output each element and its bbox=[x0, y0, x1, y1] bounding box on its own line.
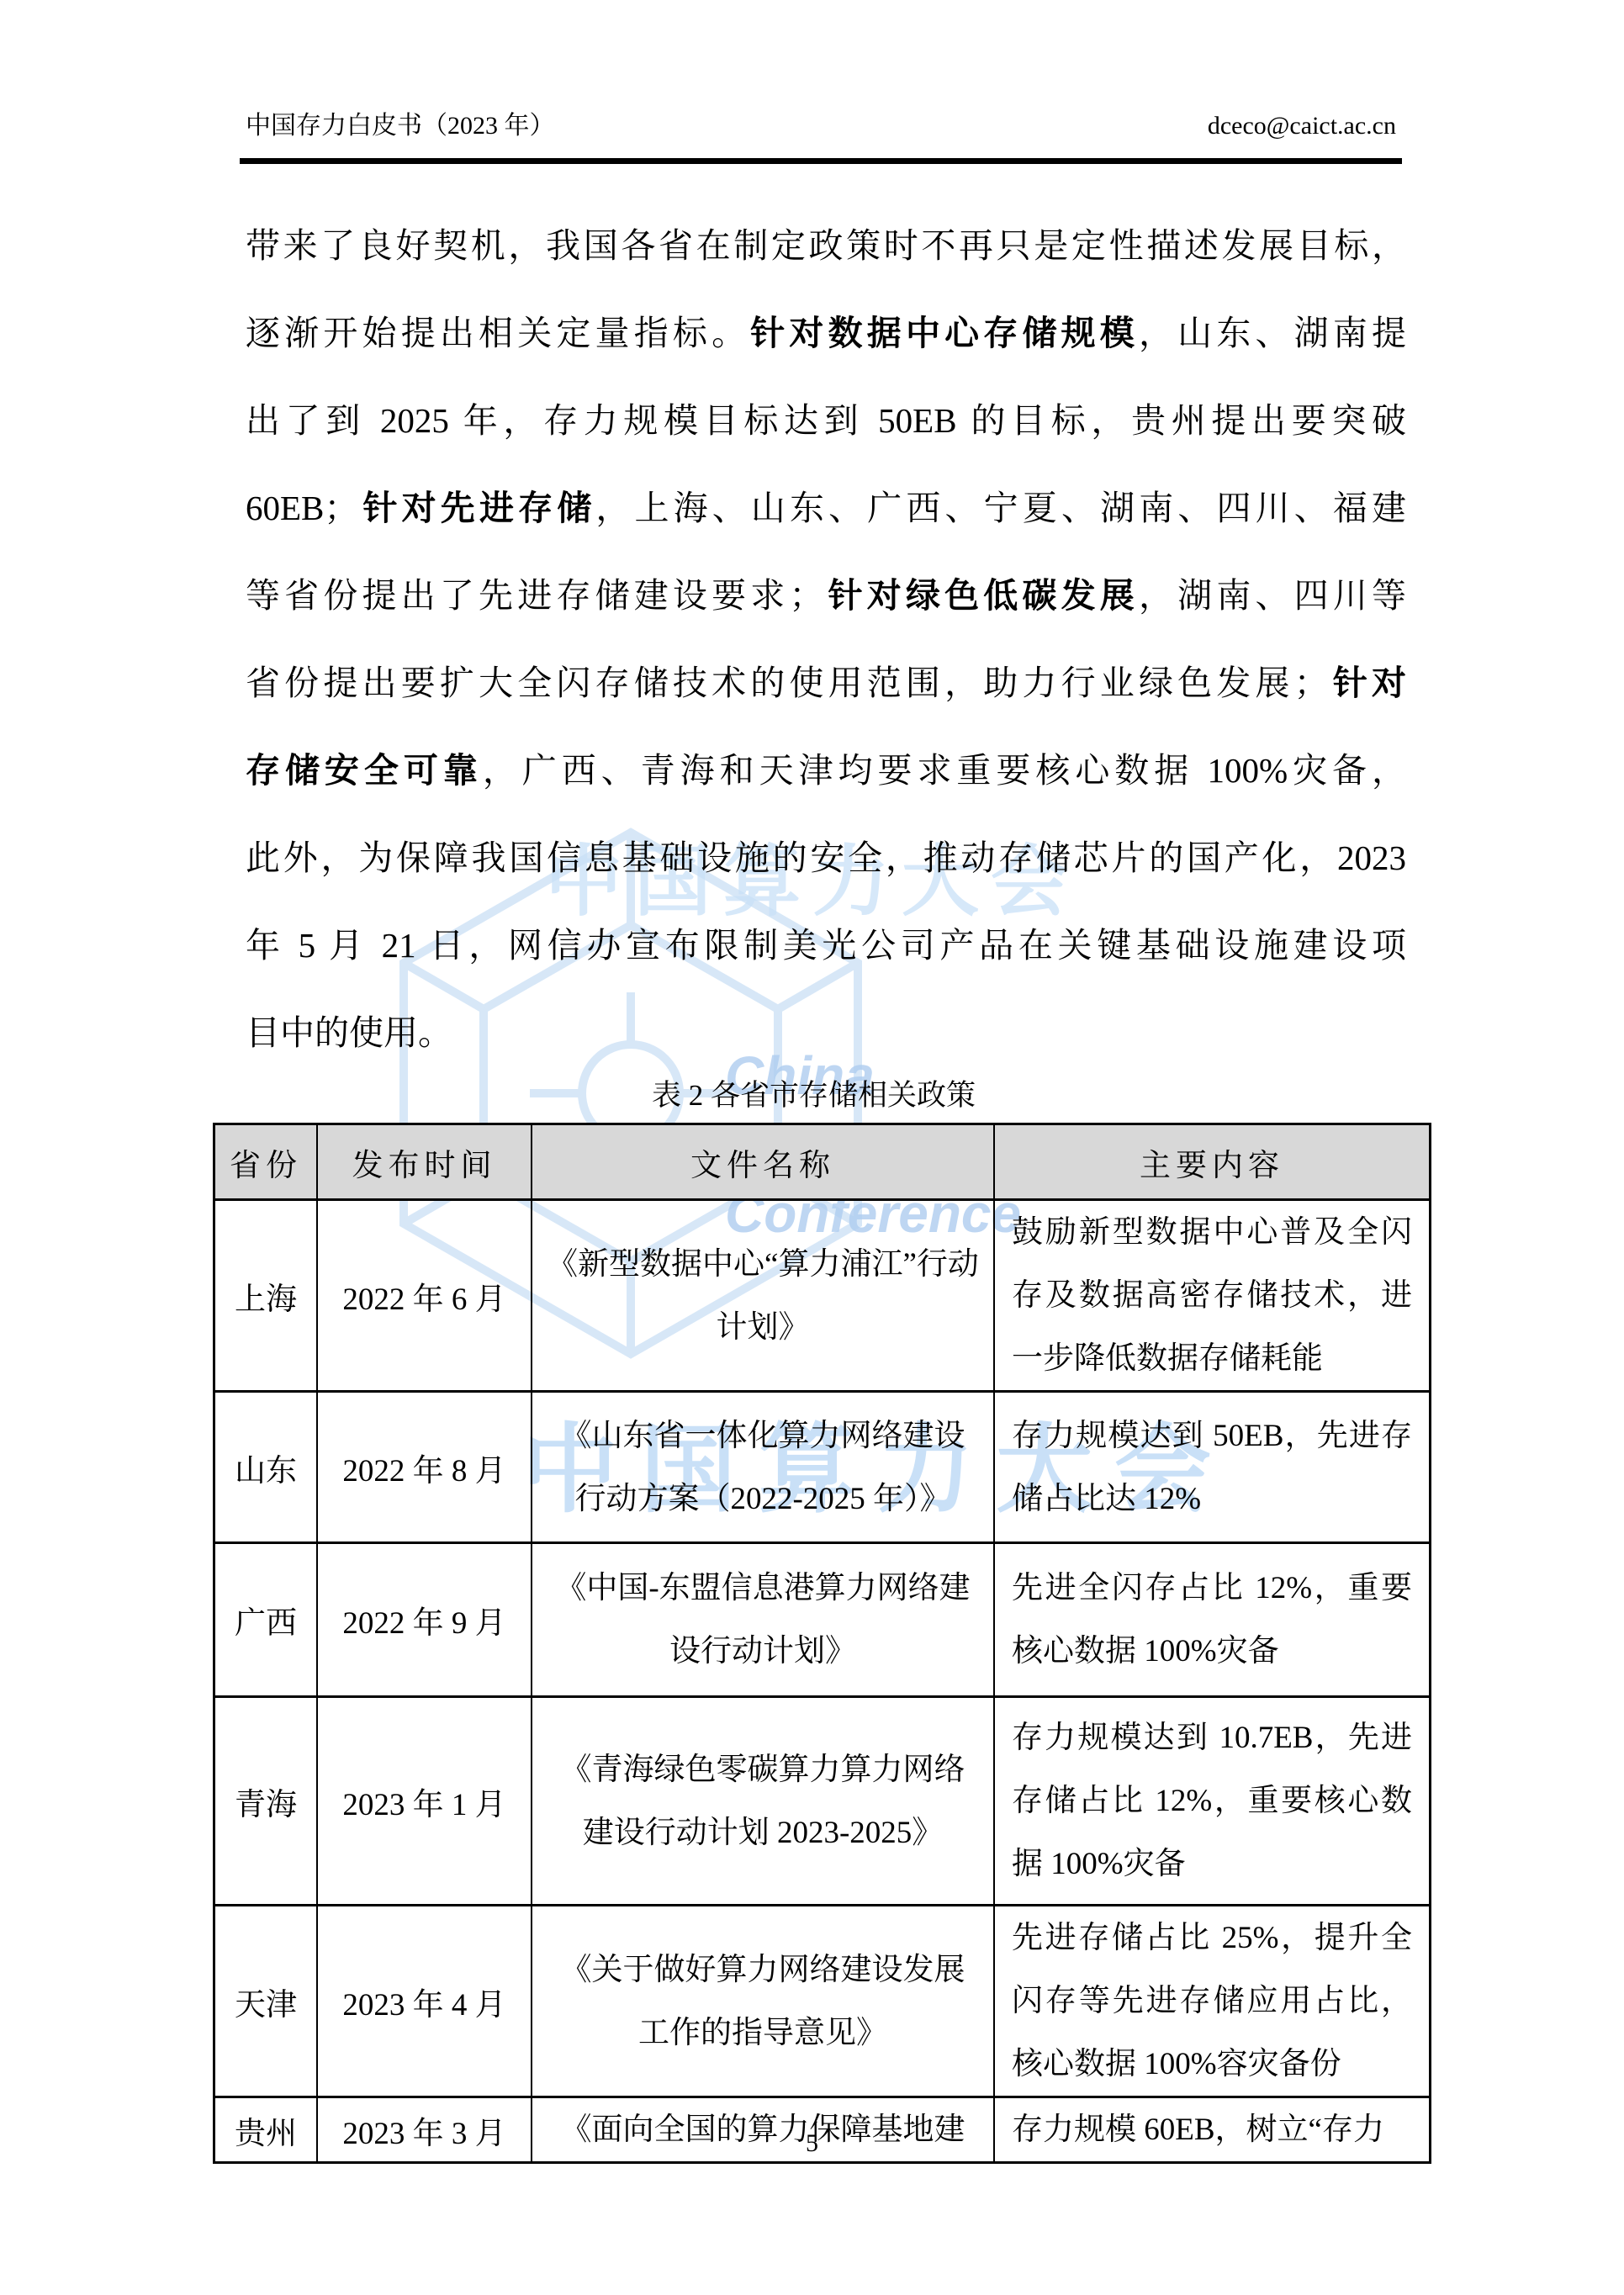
emphasis-run: 针对绿色低碳发展 bbox=[823, 576, 1139, 615]
body-line: 等省份提出了先进存储建设要求；针对绿色低碳发展，湖南、四川等 bbox=[246, 552, 1406, 639]
header-email: dceco@caict.ac.cn bbox=[1208, 112, 1396, 140]
date-cell: 2022 年 6 月 bbox=[317, 1200, 532, 1392]
body-text: 带来了良好契机，我国各省在制定政策时不再只是定性描述发展目标，逐渐开始提出相关定… bbox=[246, 202, 1406, 1076]
table-row: 天津2023 年 4 月《关于做好算力网络建设发展工作的指导意见》先进存储占比 … bbox=[214, 1906, 1431, 2097]
table-row: 广西2022 年 9 月《中国-东盟信息港算力网络建设行动计划》先进全闪存占比 … bbox=[214, 1543, 1431, 1697]
text-run: 此外，为保障我国信息基础设施的安全，推动存储芯片的国产化，2023 bbox=[246, 838, 1406, 877]
text-run: ，广西、青海和天津均要求重要核心数据 100%灾备， bbox=[483, 751, 1406, 790]
text-run: ，山东、湖南提 bbox=[1139, 314, 1406, 352]
document-name-cell: 《关于做好算力网络建设发展工作的指导意见》 bbox=[532, 1906, 994, 2097]
province-cell: 青海 bbox=[214, 1697, 318, 1906]
table-caption: 表 2 各省市存储相关政策 bbox=[213, 1072, 1415, 1114]
date-cell: 2023 年 4 月 bbox=[317, 1906, 532, 2097]
text-run: 目中的使用。 bbox=[246, 1013, 452, 1052]
emphasis-run: 针对先进存储 bbox=[358, 489, 595, 527]
province-cell: 广西 bbox=[214, 1543, 318, 1697]
document-name-cell: 《新型数据中心“算力浦江”行动计划》 bbox=[532, 1200, 994, 1392]
text-run: 60EB； bbox=[246, 489, 358, 527]
text-run: 带来了良好契机，我国各省在制定政策时不再只是定性描述发展目标， bbox=[246, 226, 1406, 265]
date-cell: 2022 年 9 月 bbox=[317, 1543, 532, 1697]
document-name-cell: 《中国-东盟信息港算力网络建设行动计划》 bbox=[532, 1543, 994, 1697]
text-run: ，湖南、四川等 bbox=[1139, 576, 1406, 615]
document-name-cell: 《山东省一体化算力网络建设行动方案（2022-2025 年）》 bbox=[532, 1392, 994, 1543]
main-content-cell: 存力规模达到 10.7EB，先进存储占比 12%，重要核心数据 100%灾备 bbox=[994, 1697, 1431, 1906]
body-line: 省份提出要扩大全闪存储技术的使用范围，助力行业绿色发展；针对 bbox=[246, 639, 1406, 727]
main-content-cell: 鼓励新型数据中心普及全闪存及数据高密存储技术，进一步降低数据存储耗能 bbox=[994, 1200, 1431, 1392]
main-content-cell: 先进全闪存占比 12%，重要核心数据 100%灾备 bbox=[994, 1543, 1431, 1697]
province-cell: 山东 bbox=[214, 1392, 318, 1543]
main-content-cell: 存力规模达到 50EB，先进存储占比达 12% bbox=[994, 1392, 1431, 1543]
body-line: 逐渐开始提出相关定量指标。针对数据中心存储规模，山东、湖南提 bbox=[246, 289, 1406, 377]
document-name-cell: 《青海绿色零碳算力算力网络建设行动计划 2023-2025》 bbox=[532, 1697, 994, 1906]
text-run: 逐渐开始提出相关定量指标。 bbox=[246, 314, 750, 352]
table-row: 青海2023 年 1 月《青海绿色零碳算力算力网络建设行动计划 2023-202… bbox=[214, 1697, 1431, 1906]
body-line: 60EB；针对先进存储，上海、山东、广西、宁夏、湖南、四川、福建 bbox=[246, 464, 1406, 552]
document-page: 中国算力大会 China Computing Conference 中国算力大会… bbox=[0, 0, 1624, 2295]
main-content-cell: 先进存储占比 25%，提升全闪存等先进存储应用占比，核心数据 100%容灾备份 bbox=[994, 1906, 1431, 2097]
emphasis-run: 针对 bbox=[1329, 664, 1406, 702]
emphasis-run: 存储安全可靠 bbox=[246, 751, 483, 790]
page-number: 5 bbox=[0, 2129, 1624, 2158]
table-header-row: 省份发布时间文件名称主要内容 bbox=[214, 1124, 1431, 1200]
body-line: 存储安全可靠，广西、青海和天津均要求重要核心数据 100%灾备， bbox=[246, 727, 1406, 814]
text-run: 出了到 2025 年，存力规模目标达到 50EB 的目标，贵州提出要突破 bbox=[246, 401, 1406, 440]
column-header: 发布时间 bbox=[317, 1124, 532, 1200]
table-row: 山东2022 年 8 月《山东省一体化算力网络建设行动方案（2022-2025 … bbox=[214, 1392, 1431, 1543]
page-header: 中国存力白皮书（2023 年） dceco@caict.ac.cn bbox=[246, 104, 1396, 141]
column-header: 文件名称 bbox=[532, 1124, 994, 1200]
body-line: 带来了良好契机，我国各省在制定政策时不再只是定性描述发展目标， bbox=[246, 202, 1406, 289]
column-header: 主要内容 bbox=[994, 1124, 1431, 1200]
header-title: 中国存力白皮书（2023 年） bbox=[246, 104, 555, 141]
province-cell: 天津 bbox=[214, 1906, 318, 2097]
body-line: 此外，为保障我国信息基础设施的安全，推动存储芯片的国产化，2023 bbox=[246, 814, 1406, 902]
column-header: 省份 bbox=[214, 1124, 318, 1200]
province-cell: 上海 bbox=[214, 1200, 318, 1392]
body-line: 年 5 月 21 日，网信办宣布限制美光公司产品在关键基础设施建设项 bbox=[246, 902, 1406, 989]
body-line: 目中的使用。 bbox=[246, 989, 1406, 1076]
table-row: 上海2022 年 6 月《新型数据中心“算力浦江”行动计划》鼓励新型数据中心普及… bbox=[214, 1200, 1431, 1392]
text-run: ，上海、山东、广西、宁夏、湖南、四川、福建 bbox=[595, 489, 1406, 527]
text-run: 等省份提出了先进存储建设要求； bbox=[246, 576, 823, 615]
policy-table: 省份发布时间文件名称主要内容 上海2022 年 6 月《新型数据中心“算力浦江”… bbox=[213, 1123, 1431, 2164]
date-cell: 2023 年 1 月 bbox=[317, 1697, 532, 1906]
body-line: 出了到 2025 年，存力规模目标达到 50EB 的目标，贵州提出要突破 bbox=[246, 377, 1406, 464]
header-divider bbox=[240, 158, 1402, 164]
text-run: 省份提出要扩大全闪存储技术的使用范围，助力行业绿色发展； bbox=[246, 664, 1329, 702]
text-run: 年 5 月 21 日，网信办宣布限制美光公司产品在关键基础设施建设项 bbox=[246, 926, 1406, 965]
emphasis-run: 针对数据中心存储规模 bbox=[750, 314, 1139, 352]
date-cell: 2022 年 8 月 bbox=[317, 1392, 532, 1543]
